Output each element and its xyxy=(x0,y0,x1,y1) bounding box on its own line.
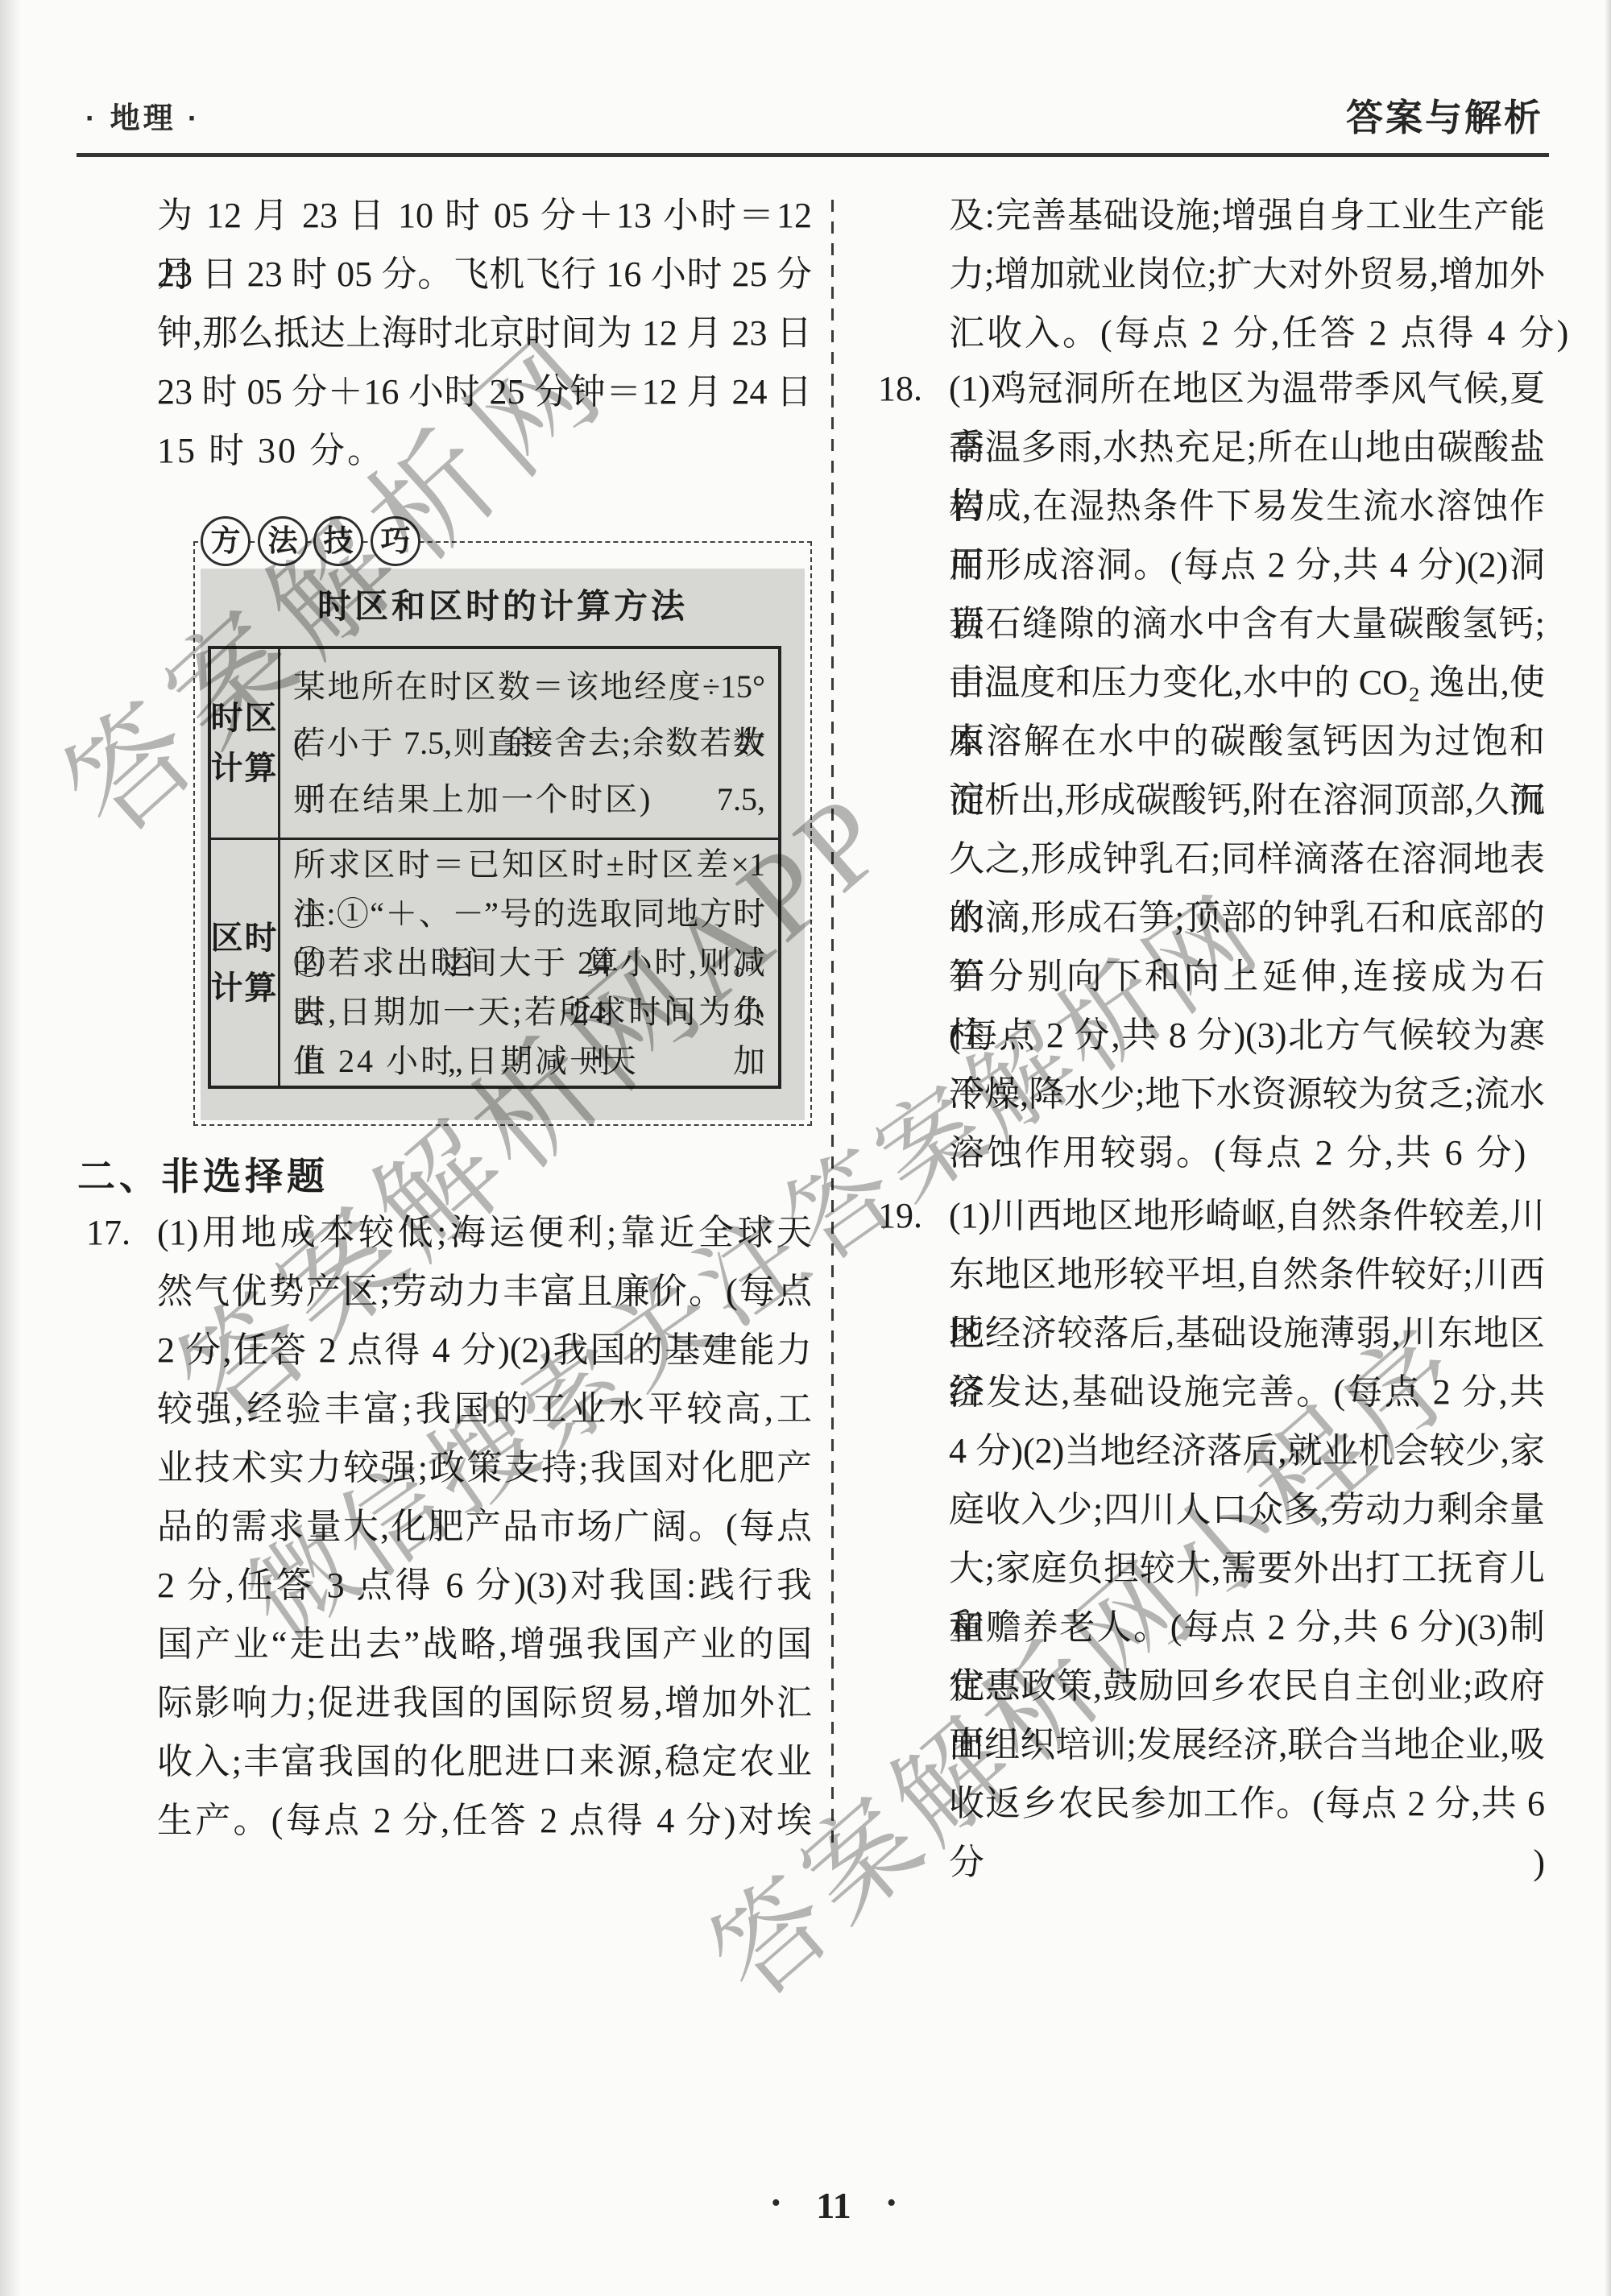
method-badge-char-3: 技 xyxy=(313,516,363,566)
text-line: 则在结果上加一个时区) xyxy=(293,772,765,828)
text-line: 及:完善基础设施;增强自身工业生产能 xyxy=(949,186,1545,245)
table-row-content: 所求区时＝已知区时±时区差×1 小时注:①“＋、－”号的选取同地方时的运算。②若… xyxy=(280,840,778,1086)
scanned-answer-page: · 地理 · 答案与解析 答案解析网 答案解析网APP 微信搜索关注答案解析网 … xyxy=(0,0,1611,2296)
text-line: 品的需求量大,化肥产品市场广阔。(每点 xyxy=(157,1497,812,1556)
text-line: 注:①“＋、－”号的选取同地方时的运算。 xyxy=(293,889,765,938)
text-line: 时区 xyxy=(211,702,279,734)
text-line: 区时 xyxy=(211,922,279,954)
text-line: 业技术实力较强;政策支持;我国对化肥产 xyxy=(157,1438,812,1497)
text-line: 较强,经验丰富;我国的工业水平较高,工 xyxy=(157,1380,812,1438)
text-line: 15 时 30 分。 xyxy=(157,421,812,480)
section-heading: 二、非选择题 xyxy=(77,1147,329,1201)
text-line: 和赡养老人。(每点 2 分,共 6 分)(3)制定 xyxy=(949,1598,1545,1657)
text-line: 23 日 23 时 05 分。飞机飞行 16 小时 25 分 xyxy=(157,245,812,304)
text-line: 2 分,任答 2 点得 4 分)(2)我国的基建能力 xyxy=(157,1321,812,1380)
column-divider-line xyxy=(831,200,834,1844)
text-line: 东地区地形较平坦,自然条件较好;川西地 xyxy=(949,1245,1545,1304)
text-line: ②若求出时间大于 24 小时,则减去 24 小 xyxy=(293,938,765,987)
text-line: 济发达,基础设施完善。(每点 2 分,共 xyxy=(949,1363,1545,1421)
method-box-title: 时区和区时的计算方法 xyxy=(195,580,810,628)
answer-item-17: 17. (1)用地成本较低;海运便利;靠近全球天然气优势产区;劳动力丰富且廉价。… xyxy=(157,1203,812,1850)
text-line: 2 分,任答 3 点得 6 分)(3)对我国:践行我 xyxy=(157,1556,812,1615)
header-rule xyxy=(77,153,1549,157)
table-row-label: 时区计算 xyxy=(211,649,280,838)
text-line: 水滴,形成石笋;顶部的钟乳石和底部的石 xyxy=(949,888,1545,947)
text-line: 优惠政策,鼓励回乡农民自主创业;政府出 xyxy=(949,1657,1545,1715)
left-intro-paragraph: 为 12 月 23 日 10 时 05 分＋13 小时＝12 月23 日 23 … xyxy=(157,186,812,480)
text-line: 岩石缝隙的滴水中含有大量碳酸氢钙;由 xyxy=(949,594,1545,653)
text-line: 溶蚀作用较弱。(每点 2 分,共 6 分) xyxy=(949,1123,1545,1182)
method-badge-char-1: 方 xyxy=(201,516,251,566)
text-line: 本溶解在水中的碳酸氢钙因为过饱和而沉 xyxy=(949,712,1545,771)
header-title: 答案与解析 xyxy=(1346,89,1543,142)
text-line: 际影响力;促进我国的国际贸易,增加外汇 xyxy=(157,1673,812,1732)
text-line: 汇收入。(每点 2 分,任答 2 点得 4 分) xyxy=(949,304,1545,362)
text-line: 而形成溶洞。(每点 2 分,共 4 分)(2)洞顶 xyxy=(949,536,1545,594)
footer-left-dot: • xyxy=(771,2188,781,2218)
text-line: (1)鸡冠洞所在地区为温带季风气候,夏季 xyxy=(949,359,1545,418)
text-line: 笋分别向下和向上延伸,连接成为石柱。 xyxy=(949,947,1545,1006)
text-line: 计算 xyxy=(211,972,279,1004)
table-row-label: 区时计算 xyxy=(211,840,280,1086)
text-line: (每点 2 分,共 8 分)(3)北方气候较为寒冷 xyxy=(949,1006,1545,1065)
text-line: 然气优势产区;劳动力丰富且廉价。(每点 xyxy=(157,1262,812,1321)
text-line: 上 24 小时,日期减一天 xyxy=(293,1036,765,1086)
text-line: (1)川西地区地形崎岖,自然条件较差,川 xyxy=(949,1186,1545,1245)
text-line: 高温多雨,水热充足;所在山地由碳酸盐岩 xyxy=(949,418,1545,477)
text-line: 久之,形成钟乳石;同样滴落在溶洞地表的 xyxy=(949,829,1545,888)
table-row: 时区计算 某地所在时区数＝该地经度÷15°(余数若小于 7.5,则直接舍去;余数… xyxy=(211,649,778,840)
text-line: 若小于 7.5,则直接舍去;余数若大于 7.5, xyxy=(293,715,765,772)
answer-item-18: 18. (1)鸡冠洞所在地区为温带季风气候,夏季高温多雨,水热充足;所在山地由碳… xyxy=(949,359,1545,1182)
text-line: 为 12 月 23 日 10 时 05 分＋13 小时＝12 月 xyxy=(157,186,812,245)
table-row: 区时计算 所求区时＝已知区时±时区差×1 小时注:①“＋、－”号的选取同地方时的… xyxy=(211,840,778,1086)
text-line: 生产。(每点 2 分,任答 2 点得 4 分)对埃 xyxy=(157,1791,812,1850)
text-line: 干燥,降水少;地下水资源较为贫乏;流水 xyxy=(949,1065,1545,1123)
method-badge-char-4: 巧 xyxy=(371,516,420,566)
text-line: 大;家庭负担较大,需要外出打工抚育儿童 xyxy=(949,1539,1545,1598)
text-line: 计算 xyxy=(211,752,279,784)
text-line: 面组织培训;发展经济,联合当地企业,吸 xyxy=(949,1715,1545,1774)
footer-right-dot: • xyxy=(887,2188,897,2218)
answer-item-17-continued: 及:完善基础设施;增强自身工业生产能力;增加就业岗位;扩大对外贸易,增加外汇收入… xyxy=(949,186,1545,362)
text-line: (1)用地成本较低;海运便利;靠近全球天 xyxy=(157,1203,812,1262)
text-line: 于温度和压力变化,水中的 CO₂ 逸出,使原 xyxy=(949,653,1545,712)
text-line: 收入;丰富我国的化肥进口来源,稳定农业 xyxy=(157,1732,812,1791)
text-line: 庭收入少;四川人口众多,劳动力剩余量 xyxy=(949,1480,1545,1539)
method-badge-char-2: 法 xyxy=(258,516,308,566)
footer: •11• xyxy=(56,2184,1611,2227)
text-line: 23 时 05 分＋16 小时 25 分钟＝12 月 24 日 xyxy=(157,362,812,421)
text-line: 区经济较落后,基础设施薄弱,川东地区经 xyxy=(949,1304,1545,1363)
item-number: 17. xyxy=(86,1203,155,1262)
text-line: 所求区时＝已知区时±时区差×1 小时 xyxy=(293,840,765,889)
text-line: 钟,那么抵达上海时北京时间为 12 月 23 日 xyxy=(157,304,812,362)
method-table: 时区计算 某地所在时区数＝该地经度÷15°(余数若小于 7.5,则直接舍去;余数… xyxy=(208,646,781,1089)
text-line: 力;增加就业岗位;扩大对外贸易,增加外 xyxy=(949,245,1545,304)
text-line: 淀析出,形成碳酸钙,附在溶洞顶部,久而 xyxy=(949,771,1545,829)
header-subject: · 地理 · xyxy=(85,93,201,137)
item-number: 18. xyxy=(878,359,947,418)
table-row-content: 某地所在时区数＝该地经度÷15°(余数若小于 7.5,则直接舍去;余数若大于 7… xyxy=(280,649,778,838)
text-line: 构成,在湿热条件下易发生流水溶蚀作用 xyxy=(949,477,1545,536)
text-line: 某地所在时区数＝该地经度÷15°(余数 xyxy=(293,659,765,715)
method-tips-box: 时区和区时的计算方法 时区计算 某地所在时区数＝该地经度÷15°(余数若小于 7… xyxy=(193,541,812,1126)
answer-item-19: 19. (1)川西地区地形崎岖,自然条件较差,川东地区地形较平坦,自然条件较好;… xyxy=(949,1186,1545,1833)
text-line: 时,日期加一天;若所求时间为负值,则加 xyxy=(293,987,765,1036)
text-line: 4 分)(2)当地经济落后,就业机会较少,家 xyxy=(949,1421,1545,1480)
page-number: 11 xyxy=(816,2185,851,2226)
text-line: 收返乡农民参加工作。(每点 2 分,共 6 分) xyxy=(949,1774,1545,1833)
text-line: 国产业“走出去”战略,增强我国产业的国 xyxy=(157,1615,812,1673)
item-number: 19. xyxy=(878,1186,947,1245)
